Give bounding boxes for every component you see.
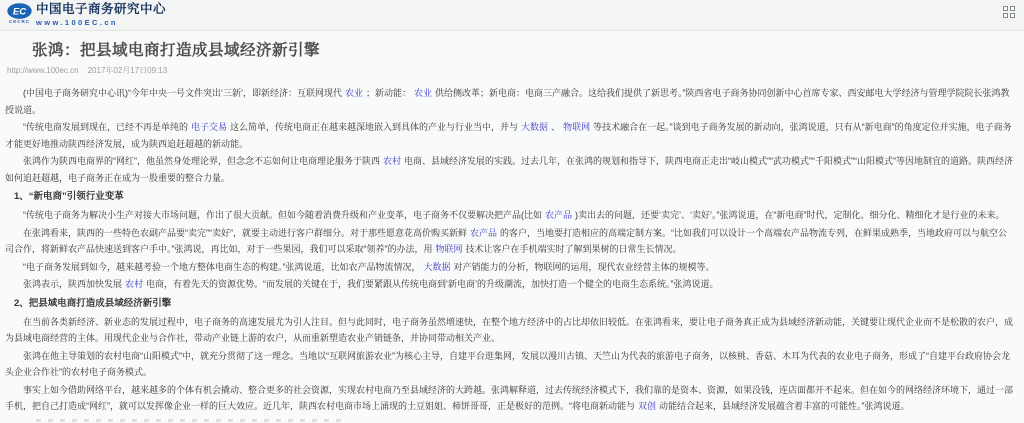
grid-square xyxy=(1003,6,1008,11)
brand-url: www.100EC.cn xyxy=(36,19,166,27)
paragraph: 张鸿在他主导策划的农村电商“山阳模式”中，就充分贯彻了这一理念。当地以“互联网旅… xyxy=(5,348,1014,381)
keyword-link[interactable]: 物联网 xyxy=(563,122,590,132)
keyword-link[interactable]: 农村 xyxy=(125,279,143,289)
keyword-link[interactable]: 农产品 xyxy=(545,210,572,220)
keyword-link[interactable]: 农村 xyxy=(383,156,401,166)
paragraph: “电子商务发展到如今，越来越考验一个地方整体电商生态的构建。”张鸿说道，比如农产… xyxy=(5,259,1014,276)
keyword-link[interactable]: 农业 xyxy=(414,88,432,98)
keyword-link[interactable]: 双创 xyxy=(638,401,656,411)
site-header: EC CECRC 中国电子商务研究中心 www.100EC.cn xyxy=(0,0,1024,31)
paragraph: “传统电子商务为解决小生产对接大市场问题，作出了很大贡献。但如今随着消费升级和产… xyxy=(5,207,1014,224)
paragraph: 在当前各类新经济、新业态的发展过程中，电子商务的高速发展尤为引人注目。但与此同时… xyxy=(5,314,1014,347)
article-datetime: 2017年02月17日09:13 xyxy=(88,66,168,75)
logo-subtext: CECRC xyxy=(9,20,30,25)
article-body: (中国电子商务研究中心讯)“今年中央一号文件突出‘三新’，即新经济：互联网现代农… xyxy=(5,85,1014,415)
grid-square xyxy=(1003,13,1008,18)
site-logo[interactable]: EC CECRC 中国电子商务研究中心 www.100EC.cn xyxy=(7,3,197,26)
ec-logo-icon: EC CECRC xyxy=(7,3,32,25)
keyword-link[interactable]: 大数据 xyxy=(521,122,548,132)
grid-square xyxy=(1010,13,1015,18)
paragraph: 张鸿作为陕西电商界的“网红”，他虽然身处理论界，但念念不忘如何让电商理论服务于陕… xyxy=(5,153,1014,186)
grid-square xyxy=(1010,6,1015,11)
section-heading: 2、把县域电商打造成县域经济新引擎 xyxy=(14,296,1014,312)
section-heading: 1、“新电商”引领行业变革 xyxy=(14,189,1014,205)
clipped-next-text-line xyxy=(36,419,341,422)
article-source-url: http://www.100ec.cn xyxy=(7,66,79,75)
keyword-link[interactable]: 电子交易 xyxy=(191,122,227,132)
keyword-link[interactable]: 大数据 xyxy=(424,262,451,272)
article-meta: http://www.100ec.cn2017年02月17日09:13 xyxy=(7,65,1014,77)
paragraph: (中国电子商务研究中心讯)“今年中央一号文件突出‘三新’，即新经济：互联网现代农… xyxy=(5,85,1014,118)
keyword-link[interactable]: 物联网 xyxy=(436,244,463,254)
brand-name: 中国电子商务研究中心 xyxy=(36,3,166,16)
apps-grid-icon[interactable] xyxy=(1003,6,1015,18)
article-title: 张鸿：把县域电商打造成县域经济新引擎 xyxy=(32,41,1014,61)
keyword-link[interactable]: 农业 xyxy=(345,88,363,98)
paragraph: 在张鸿看来，陕西的一些特色农副产品要“卖完”“卖好”，就要主动进行客户群细分。对… xyxy=(5,225,1014,258)
paragraph: “传统电商发展到现在，已经不再是单纯的电子交易这么简单，传统电商正在越来越深地嵌… xyxy=(5,119,1014,152)
keyword-link[interactable]: 农产品 xyxy=(470,228,497,238)
article-page: 张鸿：把县域电商打造成县域经济新引擎 http://www.100ec.cn20… xyxy=(0,31,1024,422)
svg-text:EC: EC xyxy=(13,7,26,18)
paragraph: 事实上如今借助网络平台，越来越多的个体有机会撬动、整合更多的社会资源，实现农村电… xyxy=(5,382,1014,415)
paragraph: 张鸿表示，陕西加快发展农村电商，有着先天的资源优势。“而发展的关键在于，我们要紧… xyxy=(5,276,1014,293)
